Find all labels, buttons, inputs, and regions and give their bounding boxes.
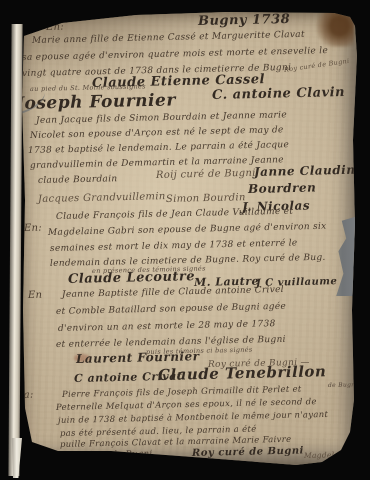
header-margin-mark: En: [46,22,64,33]
ink-stain [316,11,354,47]
record-line: claude Bourdain [38,174,118,186]
signature: Janne Claudine [254,163,364,179]
record-line: et Comble Bataillard son epouse de Bugni… [56,302,286,317]
signature: Simon Bourdin [166,192,246,205]
record-line: tous deux de Bugni. [64,449,156,461]
record-corner-note: de Bugni [328,381,358,389]
page-title: Bugny 1738 [198,12,291,29]
record-line: Jeanne Baptiste fille de Claude antoine … [62,285,284,300]
signature: Magdelaine [304,450,352,460]
signature: Claude Tenebrillon [158,362,327,384]
record-line: 1738 et baptisé le lendemain. Le parrain… [28,140,289,156]
signature: Roy curé de Bugni [283,57,349,74]
underlying-page-edge [8,24,22,476]
record-line: semaines est mort le dix may de 1738 et … [50,238,298,254]
scanner-background: En: Bugny 1738 Marie anne fille de Etien… [0,0,370,480]
record-margin-mark: En [28,290,43,301]
signature: Joseph Fournier [16,90,176,114]
signature: Laurent Fournier [76,349,200,366]
record-line: sa epouse agée d'environ quatre mois est… [22,46,328,63]
record-line: Marie anne fille de Etienne Cassé et Mar… [32,30,305,46]
signature: Bourdren [248,180,317,196]
record-line: Magdelaine Gabri son epouse de Bugne agé… [48,222,327,238]
record-margin-mark: En: [24,223,42,234]
signature: Roy curé de Bugni [192,445,304,459]
signature: Jacques Grandvuillemin [38,191,166,205]
manuscript-page: En: Bugny 1738 Marie anne fille de Etien… [16,10,358,466]
record-line: d'environ un an est morte le 28 may de 1… [58,319,276,334]
signature: C. antoine Clavin [212,85,345,103]
record-line: Nicolet son epouse d'Arçon est né le sep… [30,125,284,141]
signature: Claude Lecoutre [68,269,195,287]
record-line: juin de 1738 et baptisé à Montbenoit le … [58,410,328,426]
signature: Roij curé de Bugni [156,168,256,181]
record-line: Claude François fils de Jean Claude Vuil… [56,207,294,222]
